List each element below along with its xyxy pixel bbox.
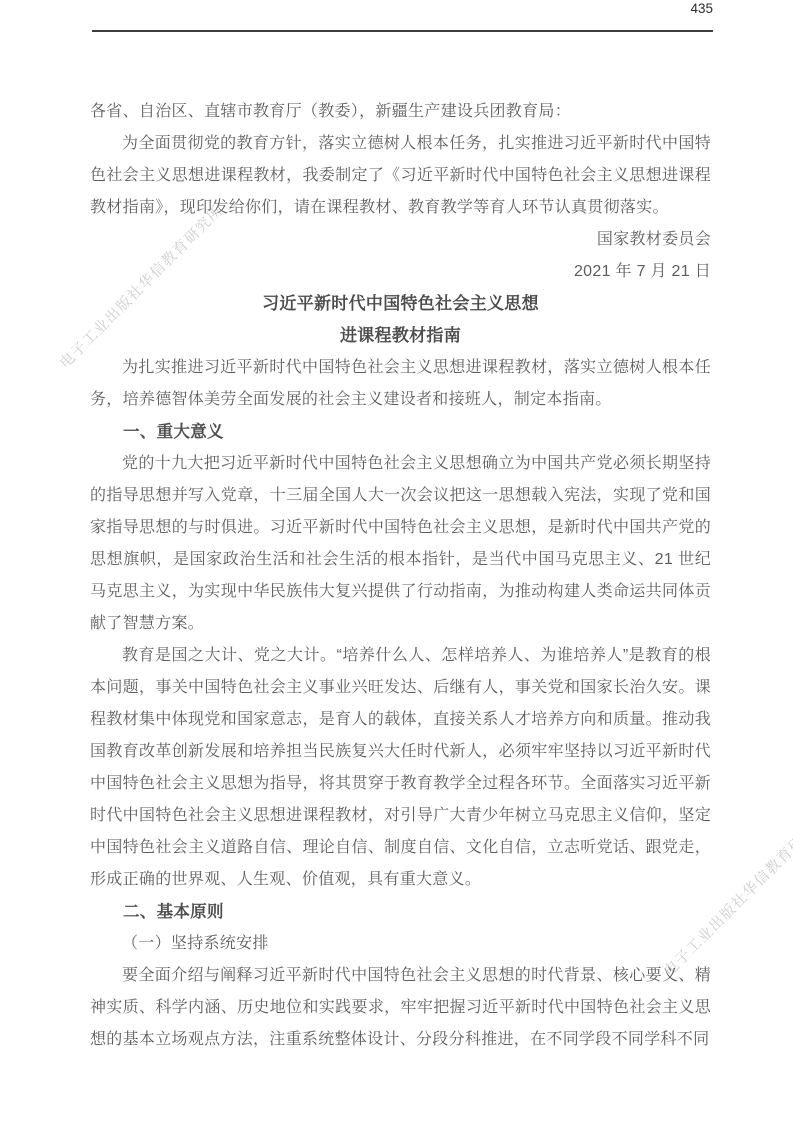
significance-paragraph-1: 党的十九大把习近平新时代中国特色社会主义思想确立为中国共产党必须长期坚持的指导思…	[90, 448, 711, 640]
page-number: 435	[690, 1, 713, 17]
notice-body: 为全面贯彻党的教育方针，落实立德树人根本任务，扎实推进习近平新时代中国特色社会主…	[90, 128, 711, 224]
section-principles-heading: 二、基本原则	[90, 896, 711, 928]
section-significance-heading: 一、重大意义	[90, 416, 711, 448]
notice-issuer: 国家教材委员会	[90, 224, 711, 256]
notice-salutation: 各省、自治区、直辖市教育厅（教委），新疆生产建设兵团教育局：	[90, 96, 711, 128]
header-rule	[92, 30, 713, 32]
notice-date: 2021 年 7 月 21 日	[90, 256, 711, 288]
document-content: 各省、自治区、直辖市教育厅（教委），新疆生产建设兵团教育局： 为全面贯彻党的教育…	[90, 96, 711, 1056]
guide-title-line2: 进课程教材指南	[90, 320, 711, 352]
guide-title-line1: 习近平新时代中国特色社会主义思想	[90, 288, 711, 320]
principles-subheading: （一）坚持系统安排	[90, 928, 711, 960]
document-page: 435 电子工业出版社华信教育研究所 电子工业出版社华信教育研究所 各省、自治区…	[0, 0, 793, 1122]
significance-paragraph-2: 教育是国之大计、党之大计。“培养什么人、怎样培养人、为谁培养人”是教育的根本问题…	[90, 640, 711, 896]
principles-paragraph-1: 要全面介绍与阐释习近平新时代中国特色社会主义思想的时代背景、核心要义、精神实质、…	[90, 960, 711, 1056]
guide-preamble: 为扎实推进习近平新时代中国特色社会主义思想进课程教材，落实立德树人根本任务，培养…	[90, 352, 711, 416]
